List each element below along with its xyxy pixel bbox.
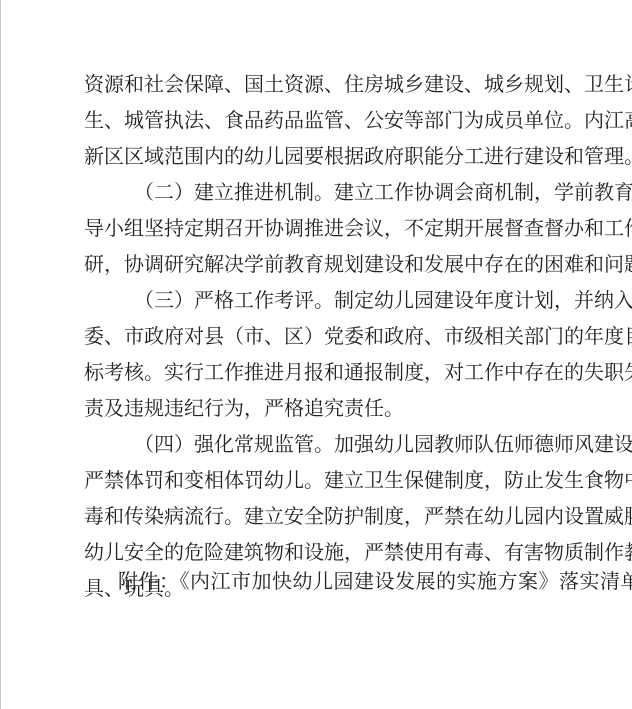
document-body: 资源和社会保障、国土资源、住房城乡建设、城乡规划、卫生计 生、城管执法、食品药品… — [84, 66, 564, 606]
text-line: （二）建立推进机制。建立工作协调会商机制，学前教育领 — [84, 174, 564, 210]
text-line: 严禁体罚和变相体罚幼儿。建立卫生保健制度，防止发生食物中 — [84, 462, 564, 498]
text-line: （四）强化常规监管。加强幼儿园教师队伍师德师风建设， — [84, 426, 564, 462]
document-page: 资源和社会保障、国土资源、住房城乡建设、城乡规划、卫生计 生、城管执法、食品药品… — [0, 0, 632, 709]
text-line: 委、市政府对县（市、区）党委和政府、市级相关部门的年度目 — [84, 318, 564, 354]
text-line: 责及违规违纪行为，严格追究责任。 — [84, 390, 564, 426]
paragraph-continuation: 资源和社会保障、国土资源、住房城乡建设、城乡规划、卫生计 生、城管执法、食品药品… — [84, 66, 564, 174]
paragraph-section-3: （三）严格工作考评。制定幼儿园建设年度计划，并纳入市 委、市政府对县（市、区）党… — [84, 282, 564, 426]
text-line: 新区区域范围内的幼儿园要根据政府职能分工进行建设和管理。 — [84, 138, 564, 174]
text-line: 毒和传染病流行。建立安全防护制度，严禁在幼儿园内设置威胁 — [84, 498, 564, 534]
text-line: 生、城管执法、食品药品监管、公安等部门为成员单位。内江高 — [84, 102, 564, 138]
text-line: 研，协调研究解决学前教育规划建设和发展中存在的困难和问题。 — [84, 246, 564, 282]
text-line: 标考核。实行工作推进月报和通报制度，对工作中存在的失职失 — [84, 354, 564, 390]
paragraph-section-2: （二）建立推进机制。建立工作协调会商机制，学前教育领 导小组坚持定期召开协调推进… — [84, 174, 564, 282]
text-line: 导小组坚持定期召开协调推进会议，不定期开展督查督办和工作调 — [84, 210, 564, 246]
text-line: （三）严格工作考评。制定幼儿园建设年度计划，并纳入市 — [84, 282, 564, 318]
text-line: 资源和社会保障、国土资源、住房城乡建设、城乡规划、卫生计 — [84, 66, 564, 102]
attachment-note: 附件：《内江市加快幼儿园建设发展的实施方案》落实清单 — [118, 563, 632, 599]
